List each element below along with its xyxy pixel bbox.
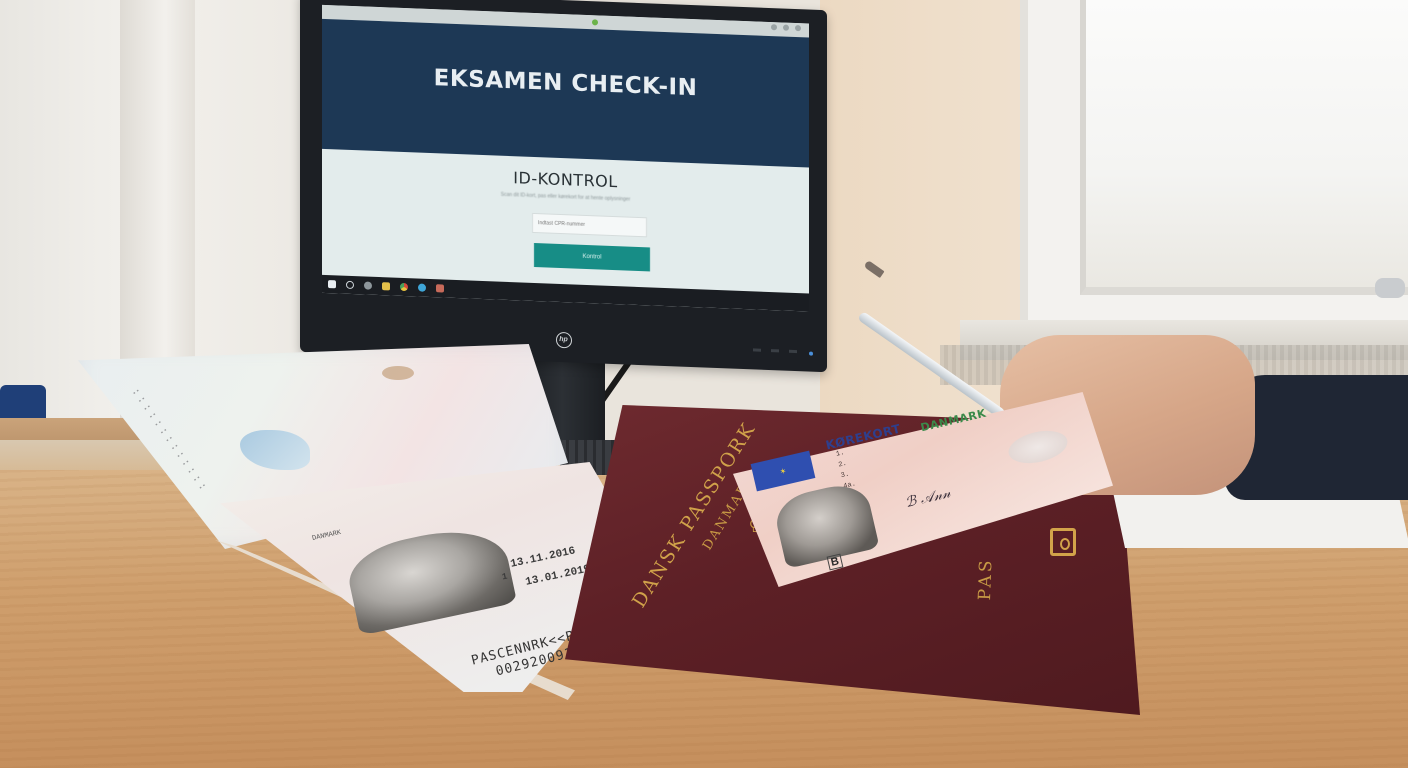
monitor-buttons bbox=[753, 348, 797, 353]
taskbar bbox=[322, 275, 809, 312]
window-handle bbox=[1375, 278, 1405, 298]
file-explorer-icon[interactable] bbox=[382, 282, 390, 290]
site-title: EKSAMEN CHECK-IN bbox=[434, 65, 698, 101]
id-number-input[interactable] bbox=[532, 213, 647, 237]
submit-button[interactable]: Kontrol bbox=[534, 243, 650, 271]
hp-logo-icon: hp bbox=[556, 332, 572, 349]
store-icon[interactable] bbox=[436, 284, 444, 292]
passport-stamp bbox=[382, 366, 414, 380]
close-icon[interactable] bbox=[795, 25, 801, 31]
monitor-screen: EKSAMEN CHECK-IN ID-KONTROL Scan dit ID-… bbox=[322, 5, 809, 312]
search-icon[interactable] bbox=[346, 281, 354, 289]
window-controls bbox=[771, 24, 801, 31]
site-header: EKSAMEN CHECK-IN bbox=[322, 19, 809, 168]
tab-favicon-icon bbox=[592, 19, 598, 25]
maximize-icon[interactable] bbox=[783, 25, 789, 31]
chrome-icon[interactable] bbox=[400, 283, 408, 291]
task-view-icon[interactable] bbox=[364, 281, 372, 289]
driving-licence: DANMARK KØREKORT ✶ 1. 2. 3. 4a. 4b. 4c. … bbox=[733, 392, 1113, 587]
window-glass bbox=[1080, 0, 1408, 295]
monitor-button[interactable] bbox=[789, 350, 797, 353]
monitor-button[interactable] bbox=[771, 349, 779, 352]
monitor: EKSAMEN CHECK-IN ID-KONTROL Scan dit ID-… bbox=[300, 0, 827, 372]
minimize-icon[interactable] bbox=[771, 24, 777, 30]
monitor-button[interactable] bbox=[753, 348, 761, 351]
start-icon[interactable] bbox=[328, 280, 336, 288]
edge-icon[interactable] bbox=[418, 284, 426, 292]
power-led-icon bbox=[809, 352, 813, 356]
